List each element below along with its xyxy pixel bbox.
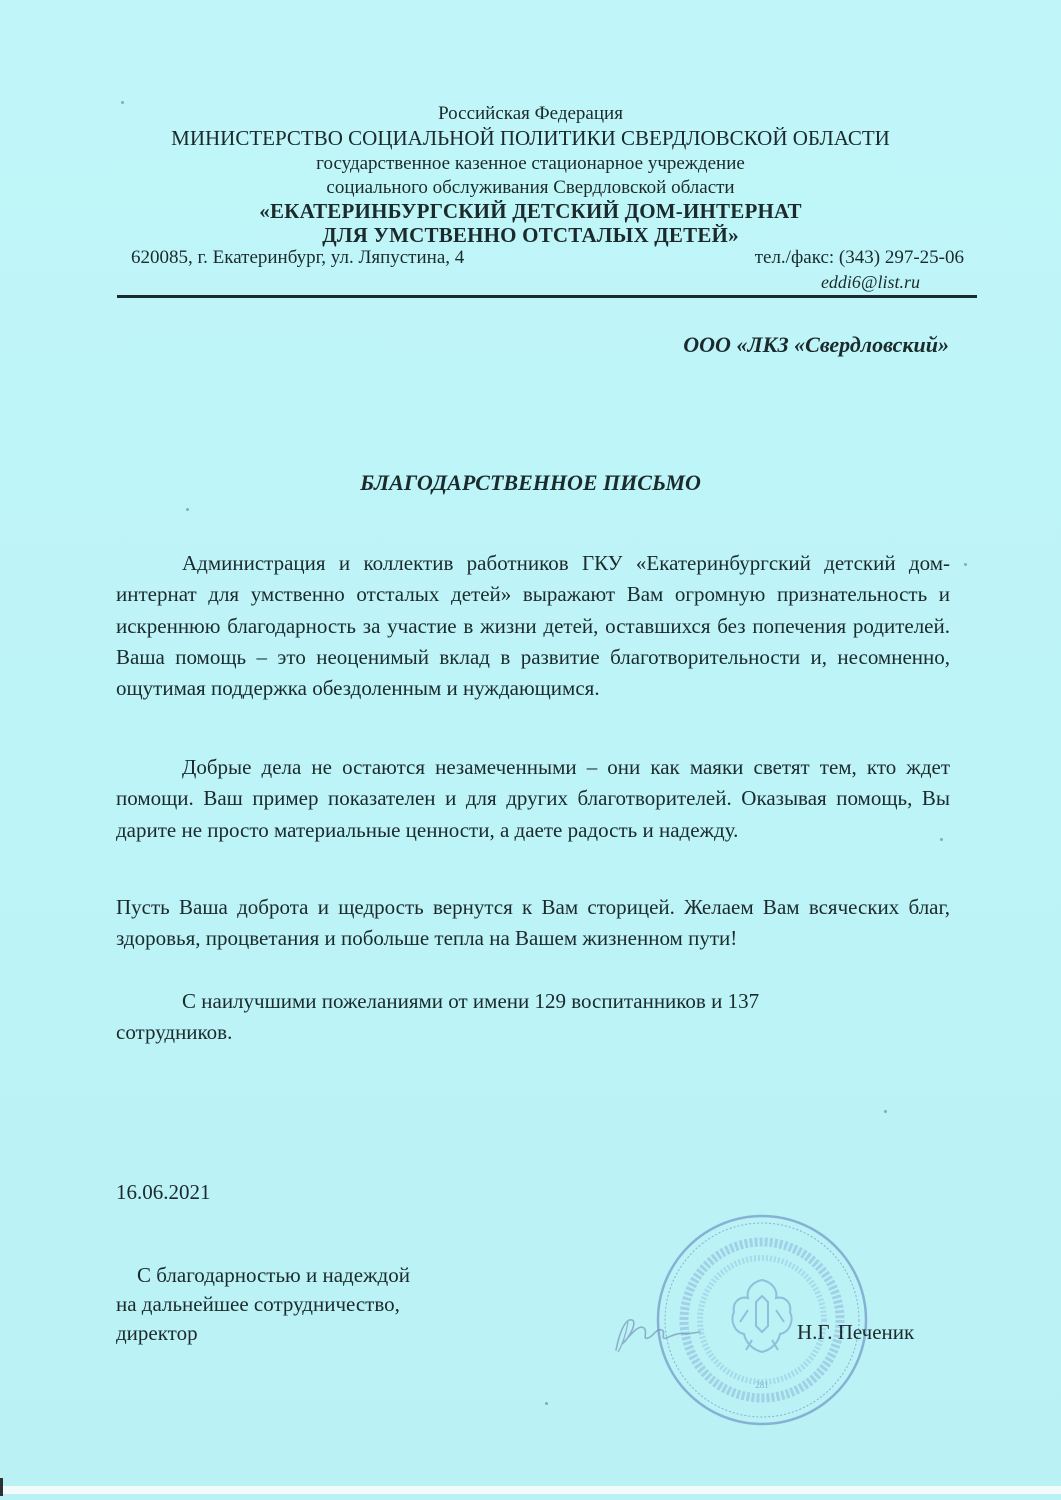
body-paragraph: Администрация и коллектив работников ГКУ… bbox=[116, 548, 950, 704]
header-institution-name-line2: ДЛЯ УМСТВЕННО ОТСТАЛЫХ ДЕТЕЙ» bbox=[0, 224, 1061, 246]
header-divider bbox=[117, 295, 977, 298]
header-ministry: МИНИСТЕРСТВО СОЦИАЛЬНОЙ ПОЛИТИКИ СВЕРДЛО… bbox=[0, 127, 1061, 149]
closing-block: С благодарностью и надеждой на дальнейше… bbox=[116, 1261, 410, 1348]
signer-name: Н.Г. Печеник bbox=[797, 1320, 914, 1345]
paper-speck bbox=[964, 563, 967, 566]
header-institution-type-line1: государственное казенное стационарное уч… bbox=[0, 153, 1061, 175]
body-paragraph: Добрые дела не остаются незамеченными – … bbox=[116, 752, 950, 846]
header-country: Российская Федерация bbox=[0, 103, 1061, 125]
letter-title: БЛАГОДАРСТВЕННОЕ ПИСЬМО bbox=[0, 470, 1061, 496]
paper-speck bbox=[884, 1110, 887, 1113]
body-paragraph: Пусть Ваша доброта и щедрость вернутся к… bbox=[116, 892, 950, 955]
recipient: ООО «ЛКЗ «Свердловский» bbox=[683, 332, 949, 358]
signature-icon bbox=[608, 1310, 708, 1355]
header-address: 620085, г. Екатеринбург, ул. Ляпустина, … bbox=[131, 247, 464, 269]
svg-text:281: 281 bbox=[755, 1380, 769, 1390]
closing-line: на дальнейшее сотрудничество, bbox=[116, 1290, 410, 1319]
header-institution-type-line2: социального обслуживания Свердловской об… bbox=[0, 177, 1061, 199]
header-phone: тел./факс: (343) 297-25-06 bbox=[755, 247, 964, 269]
paper-bottom-edge bbox=[0, 1486, 1061, 1494]
header-institution-name-line1: «ЕКАТЕРИНБУРГСКИЙ ДЕТСКИЙ ДОМ-ИНТЕРНАТ bbox=[0, 200, 1061, 222]
paper-speck bbox=[545, 1402, 548, 1405]
closing-line: С благодарностью и надеждой bbox=[116, 1261, 410, 1290]
letter-date: 16.06.2021 bbox=[116, 1180, 211, 1205]
scan-edge-mark bbox=[0, 1478, 3, 1496]
paper-speck bbox=[186, 508, 189, 511]
header-email: eddi6@list.ru bbox=[821, 272, 920, 293]
closing-position: директор bbox=[116, 1319, 410, 1348]
body-paragraph: С наилучшими пожеланиями от имени 129 во… bbox=[116, 986, 876, 1049]
letter-page: Российская Федерация МИНИСТЕРСТВО СОЦИАЛ… bbox=[0, 0, 1061, 1500]
